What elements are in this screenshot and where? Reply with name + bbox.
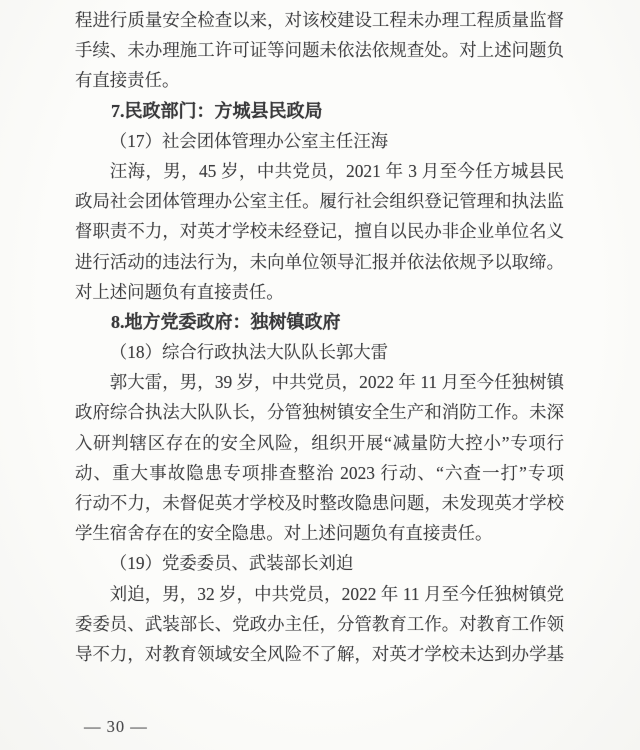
body-line: 刘迫，男，32 岁，中共党员，2022 年 11 月至今任独树镇党 [75, 579, 564, 609]
document-page: 程进行质量安全检查以来，对该校建设工程未办理工程质量监督 手续、未办理施工许可证… [0, 0, 640, 750]
body-line: 入研判辖区存在的安全风险，组织开展“减量防大控小”专项行 [75, 428, 564, 458]
body-line: 委委员、武装部长、党政办主任，分管教育工作。对教育工作领 [75, 609, 564, 639]
entry-heading-17: （17）社会团体管理办公室主任汪海 [75, 126, 564, 156]
body-line: 进行活动的违法行为，未向单位领导汇报并依法依规予以取缔。 [75, 247, 564, 277]
entry-heading-19: （19）党委委员、武装部长刘迫 [75, 548, 564, 578]
body-line: 政府综合执法大队队长，分管独树镇安全生产和消防工作。未深 [75, 397, 564, 427]
paragraph-end-line: 学生宿舍存在的安全隐患。对上述问题负有直接责任。 [75, 518, 564, 548]
paragraph-end-line: 对上述问题负有直接责任。 [75, 277, 564, 307]
paragraph-end-line: 有直接责任。 [75, 65, 564, 95]
body-line: 导不力，对教育领域安全风险不了解，对英才学校未达到办学基 [75, 639, 564, 669]
body-line: 汪海，男，45 岁，中共党员，2021 年 3 月至今任方城县民 [75, 156, 564, 186]
document-text: 程进行质量安全检查以来，对该校建设工程未办理工程质量监督 手续、未办理施工许可证… [75, 5, 564, 669]
body-line: 手续、未办理施工许可证等问题未依法依规查处。对上述问题负 [75, 35, 564, 65]
body-line: 郭大雷，男，39 岁，中共党员，2022 年 11 月至今任独树镇 [75, 367, 564, 397]
body-line: 程进行质量安全检查以来，对该校建设工程未办理工程质量监督 [75, 5, 564, 35]
body-line: 政局社会团体管理办公室主任。履行社会组织登记管理和执法监 [75, 186, 564, 216]
body-line: 督职责不力，对英才学校未经登记，擅自以民办非企业单位名义 [75, 216, 564, 246]
body-line: 动、重大事故隐患专项排查整治 2023 行动、“六查一打”专项 [75, 458, 564, 488]
page-number: — 30 — [84, 717, 148, 737]
section-heading-8: 8.地方党委政府：独树镇政府 [75, 307, 564, 337]
body-line: 行动不力，未督促英才学校及时整改隐患问题，未发现英才学校 [75, 488, 564, 518]
section-heading-7: 7.民政部门：方城县民政局 [75, 96, 564, 126]
entry-heading-18: （18）综合行政执法大队队长郭大雷 [75, 337, 564, 367]
